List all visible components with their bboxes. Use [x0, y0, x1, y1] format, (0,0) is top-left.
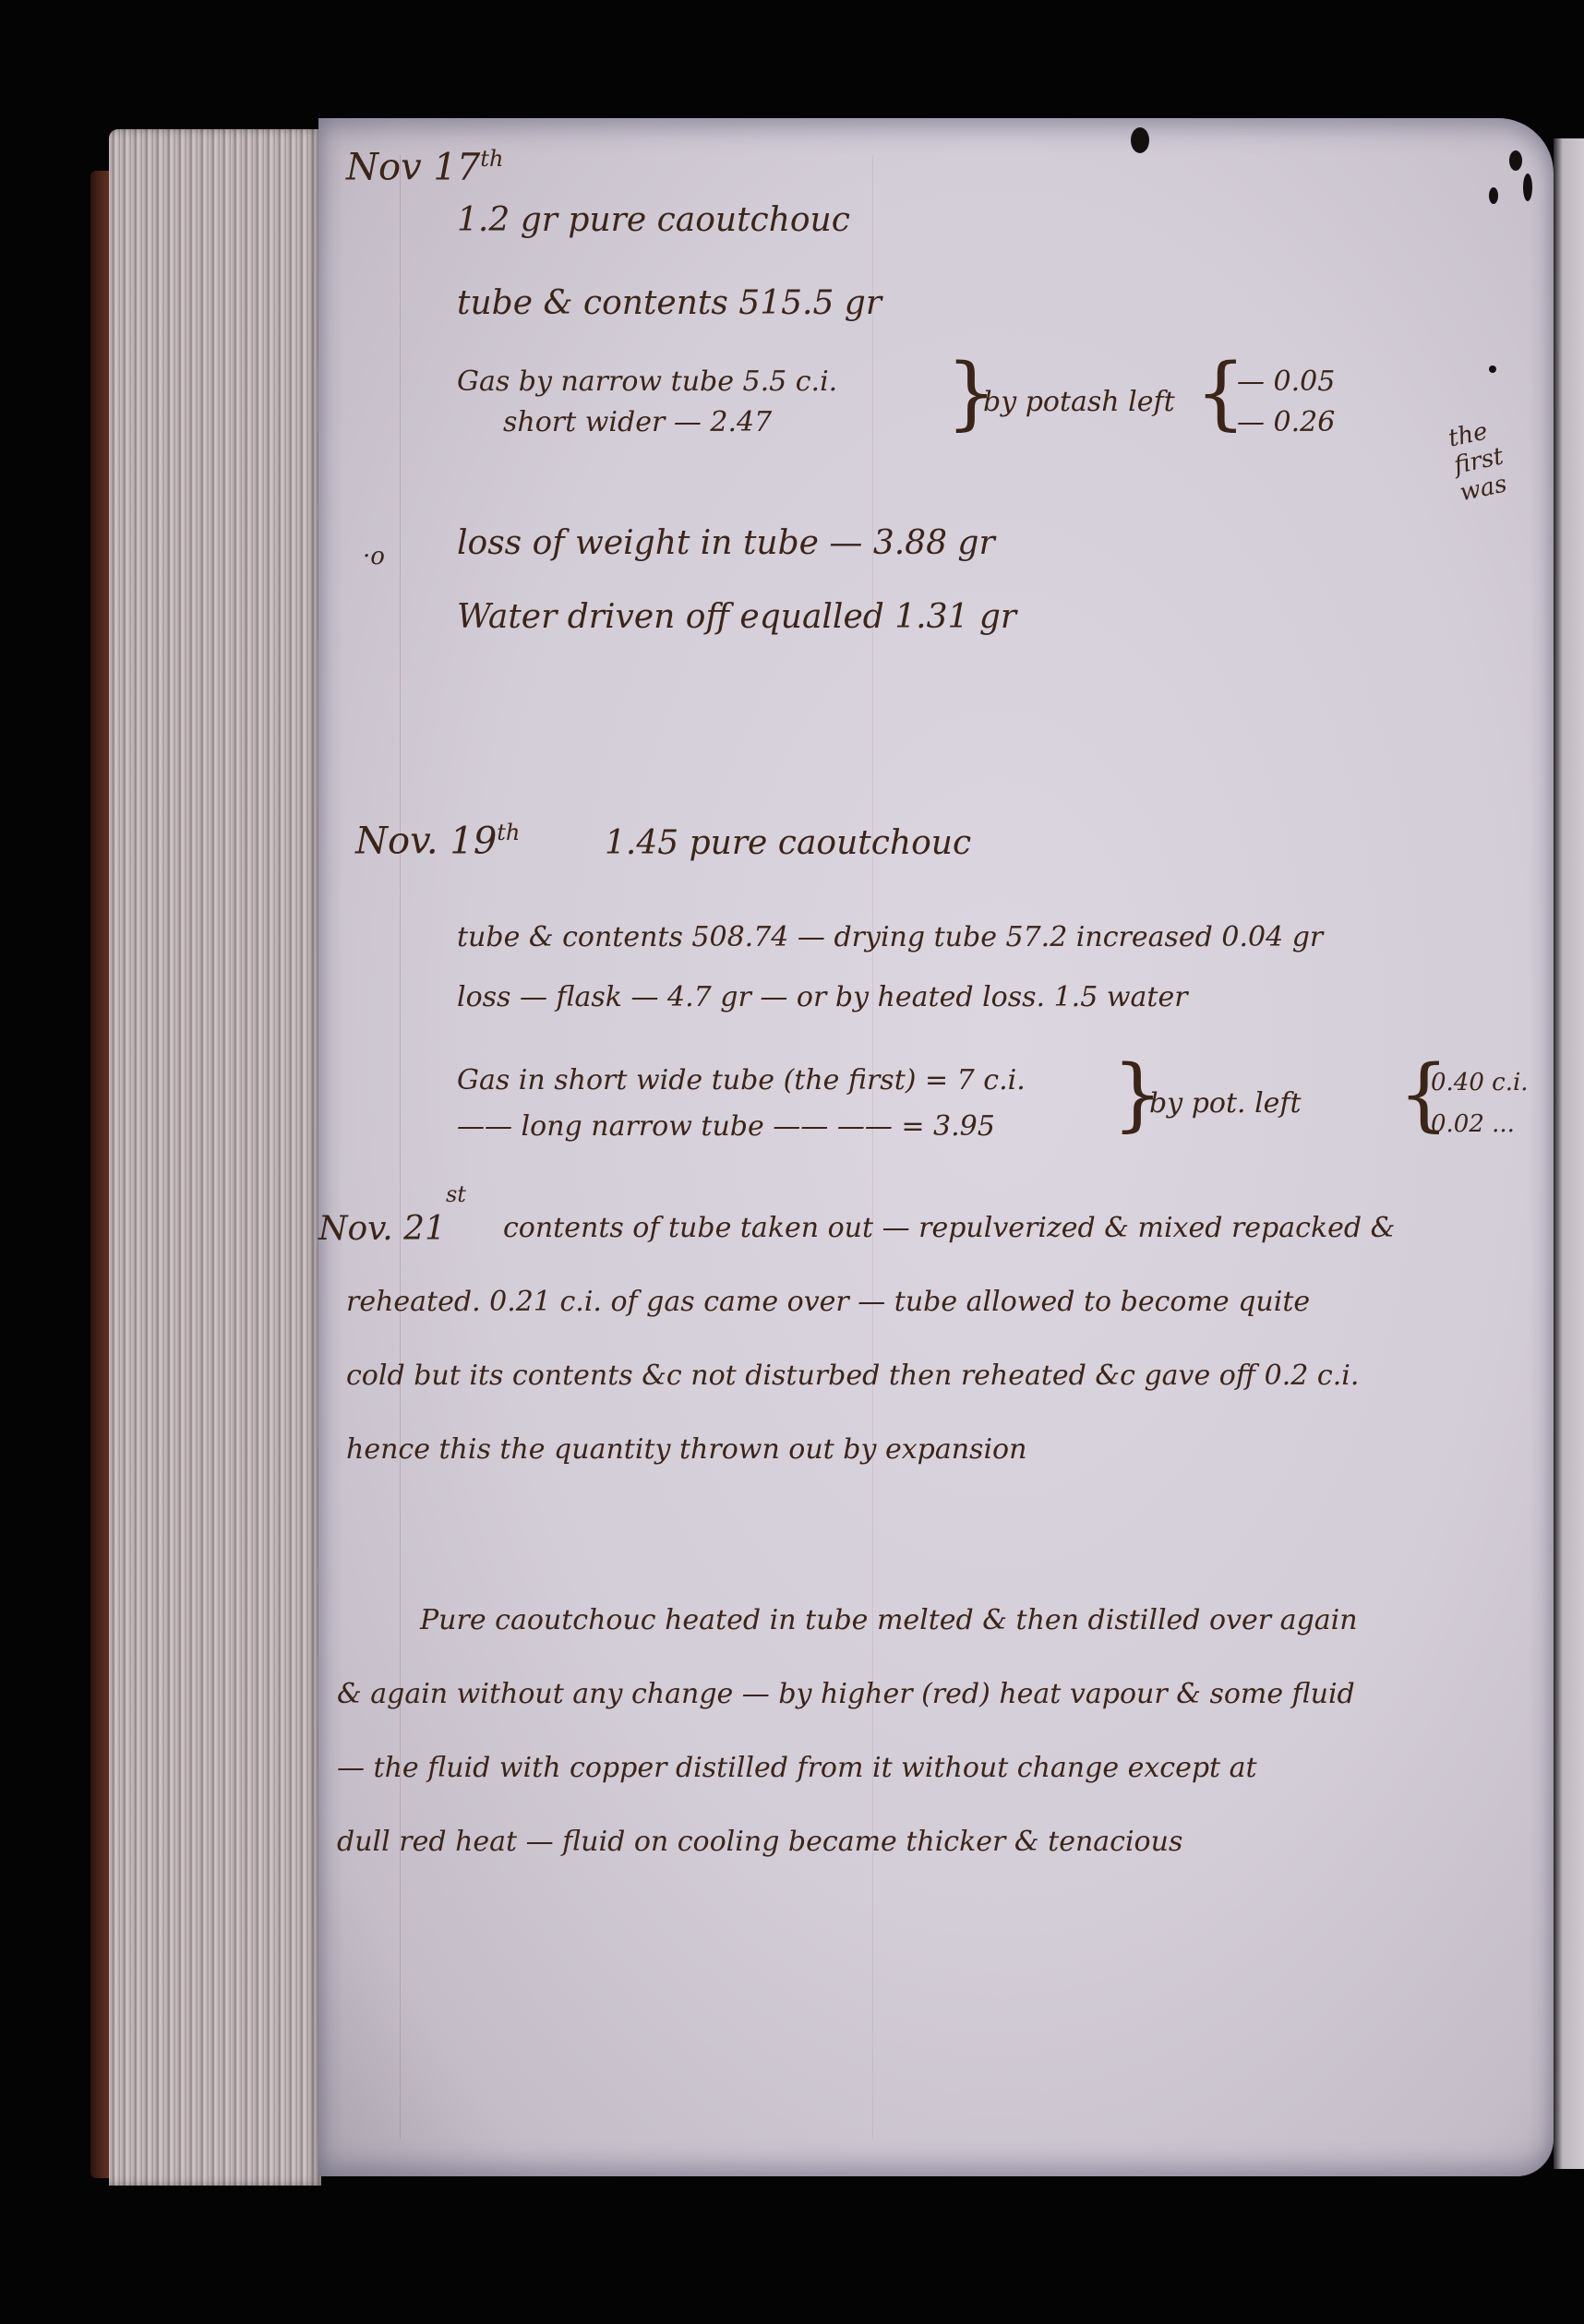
paragraph-line: Pure caoutchouc heated in tube melted & … — [420, 1604, 1358, 1636]
entry-line: 1.2 gr pure caoutchouc — [457, 201, 850, 239]
entry-line: —— long narrow tube —— —— = 3.95 — [457, 1110, 995, 1143]
adjacent-page-edge — [1554, 138, 1584, 2169]
entry-line: loss of weight in tube — 3.88 gr — [457, 524, 995, 562]
paragraph-line: dull red heat — fluid on cooling became … — [337, 1826, 1182, 1858]
entry-date-number: 19 — [450, 820, 497, 862]
entry-date: Nov. 21 — [318, 1210, 446, 1248]
date-suffix: th — [480, 146, 503, 172]
ink-blot — [1131, 127, 1149, 153]
date-suffix: th — [497, 820, 520, 845]
date-suffix: st — [446, 1181, 466, 1207]
ink-blot — [1489, 187, 1498, 204]
entry-line: tube & contents 515.5 gr — [457, 284, 882, 322]
ink-blot — [1489, 365, 1496, 373]
entry-line: Gas in short wide tube (the first) = 7 c… — [457, 1064, 1026, 1096]
paragraph-line: reheated. 0.21 c.i. of gas came over — t… — [346, 1286, 1310, 1318]
paragraph-line: hence this the quantity thrown out by ex… — [346, 1433, 1026, 1466]
paragraph-line: contents of tube taken out — repulverize… — [503, 1212, 1395, 1244]
ink-blot — [1509, 150, 1522, 171]
entry-heading: 1.45 pure caoutchouc — [605, 824, 971, 862]
entry-line: loss — flask — 4.7 gr — or by heated los… — [457, 981, 1188, 1013]
gas-bracket-value: 0.02 ... — [1431, 1110, 1515, 1138]
paragraph-line: cold but its contents &c not disturbed t… — [346, 1360, 1359, 1392]
entry-date: Nov 17 — [346, 146, 480, 188]
gas-bracket-value: — 0.26 — [1237, 406, 1335, 438]
gas-bracket-label: by pot. left — [1149, 1087, 1302, 1120]
entry-line: Gas by narrow tube 5.5 c.i. — [457, 365, 837, 398]
notebook-page: Nov 17th 1.2 gr pure caoutchouc tube & c… — [318, 118, 1554, 2176]
gas-bracket-label: by potash left — [983, 386, 1175, 418]
page-stack-fore-edge — [109, 129, 321, 2186]
margin-note: the first was — [1446, 413, 1526, 508]
entry-line: short wider — 2.47 — [503, 406, 772, 438]
entry-line: Water driven off equalled 1.31 gr — [457, 598, 1016, 636]
entry-line: tube & contents 508.74 — drying tube 57.… — [457, 921, 1323, 953]
gas-bracket-value: 0.40 c.i. — [1431, 1069, 1529, 1096]
paragraph-line: — the fluid with copper distilled from i… — [337, 1752, 1257, 1784]
paragraph-line: & again without any change — by higher (… — [337, 1678, 1355, 1710]
margin-mark: ·o — [363, 543, 385, 570]
gas-bracket-value: — 0.05 — [1237, 365, 1335, 398]
entry-date: Nov. — [355, 820, 438, 862]
ink-blot — [1523, 174, 1532, 201]
